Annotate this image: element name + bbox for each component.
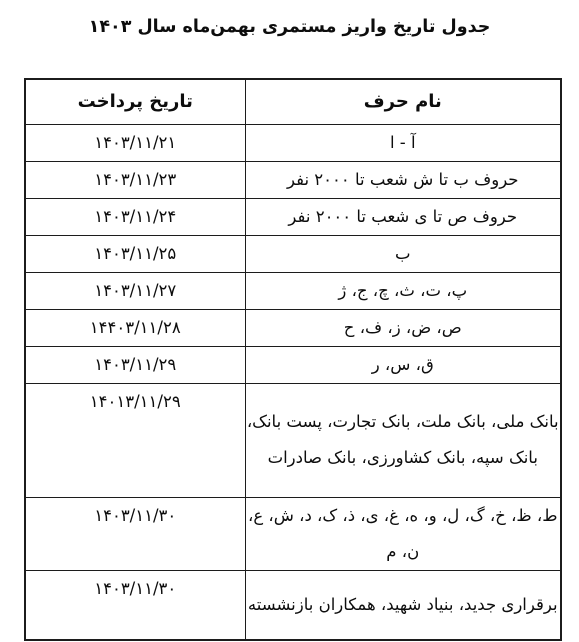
date-cell: ۱۴۰۱۳/۱۱/۲۹ [25, 383, 245, 497]
payment-schedule-table: نام حرف تاریخ پرداخت آ - ا۱۴۰۳/۱۱/۲۱حروف… [24, 78, 562, 641]
date-cell: ۱۴۰۳/۱۱/۳۰ [25, 497, 245, 570]
table-row: بانک ملی، بانک ملت، بانک تجارت، پست بانک… [25, 383, 561, 497]
name-cell: حروف ب تا ش شعب تا ۲۰۰۰ نفر [245, 161, 561, 198]
table-row: ط، ظ، خ، گ، ل، و، ه، غ، ی، ذ، ک، د، ش، ع… [25, 497, 561, 570]
table-body: آ - ا۱۴۰۳/۱۱/۲۱حروف ب تا ش شعب تا ۲۰۰۰ ن… [25, 124, 561, 640]
header-row: نام حرف تاریخ پرداخت [25, 79, 561, 124]
name-cell: پ، ت، ث، چ، ج، ژ [245, 272, 561, 309]
table-row: ق، س، ر۱۴۰۳/۱۱/۲۹ [25, 346, 561, 383]
table-row: پ، ت، ث، چ، ج، ژ۱۴۰۳/۱۱/۲۷ [25, 272, 561, 309]
page: جدول تاریخ واریز مستمری بهمن‌ماه سال ۱۴۰… [0, 0, 579, 642]
table-row: حروف ص تا ی شعب تا ۲۰۰۰ نفر۱۴۰۳/۱۱/۲۴ [25, 198, 561, 235]
page-title: جدول تاریخ واریز مستمری بهمن‌ماه سال ۱۴۰… [0, 0, 579, 42]
date-cell: ۱۴۰۳/۱۱/۲۴ [25, 198, 245, 235]
date-cell: ۱۴۰۳/۱۱/۲۱ [25, 124, 245, 161]
date-cell: ۱۴۴۰۳/۱۱/۲۸ [25, 309, 245, 346]
date-cell: ۱۴۰۳/۱۱/۲۵ [25, 235, 245, 272]
date-cell: ۱۴۰۳/۱۱/۲۳ [25, 161, 245, 198]
name-cell: ص، ض، ز، ف، ح [245, 309, 561, 346]
table-row: ص، ض، ز، ف، ح۱۴۴۰۳/۱۱/۲۸ [25, 309, 561, 346]
table-row: برقراری جدید، بنیاد شهید، همکاران بازنشس… [25, 570, 561, 640]
table-row: آ - ا۱۴۰۳/۱۱/۲۱ [25, 124, 561, 161]
name-cell: ط، ظ، خ، گ، ل، و، ه، غ، ی، ذ، ک، د، ش، ع… [245, 497, 561, 570]
name-cell: آ - ا [245, 124, 561, 161]
table-row: حروف ب تا ش شعب تا ۲۰۰۰ نفر۱۴۰۳/۱۱/۲۳ [25, 161, 561, 198]
name-cell: برقراری جدید، بنیاد شهید، همکاران بازنشس… [245, 570, 561, 640]
table-row: ب۱۴۰۳/۱۱/۲۵ [25, 235, 561, 272]
name-cell: حروف ص تا ی شعب تا ۲۰۰۰ نفر [245, 198, 561, 235]
header-date-column: تاریخ پرداخت [25, 79, 245, 124]
date-cell: ۱۴۰۳/۱۱/۲۹ [25, 346, 245, 383]
name-cell: ق، س، ر [245, 346, 561, 383]
name-cell: بانک ملی، بانک ملت، بانک تجارت، پست بانک… [245, 383, 561, 497]
date-cell: ۱۴۰۳/۱۱/۳۰ [25, 570, 245, 640]
name-cell: ب [245, 235, 561, 272]
header-name-column: نام حرف [245, 79, 561, 124]
date-cell: ۱۴۰۳/۱۱/۲۷ [25, 272, 245, 309]
